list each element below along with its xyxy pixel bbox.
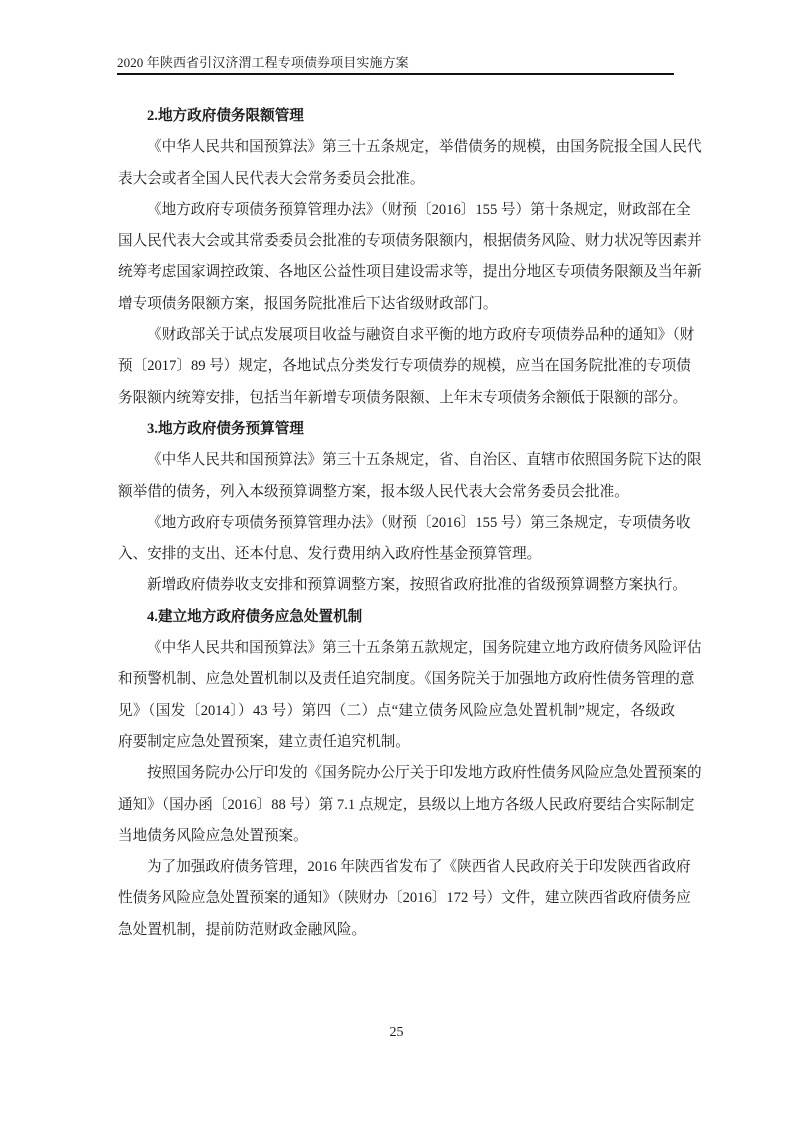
text-line: 府要制定应急处置预案，建立责任追究机制。 <box>118 727 675 758</box>
text-line: 《中华人民共和国预算法》第三十五条第五款规定，国务院建立地方政府债务风险评估 <box>118 633 675 664</box>
page-header: 2020 年陕西省引汉济渭工程专项债券项目实施方案 <box>117 54 674 75</box>
document-body: 2.地方政府债务限额管理 《中华人民共和国预算法》第三十五条规定，举借债务的规模… <box>118 101 675 946</box>
paragraph: 为了加强政府债务管理，2016 年陕西省发布了《陕西省人民政府关于印发陕西省政府… <box>118 852 675 946</box>
text-line: 按照国务院办公厅印发的《国务院办公厅关于印发地方政府性债务风险应急处置预案的 <box>118 758 675 789</box>
text-line: 当地债务风险应急处置预案。 <box>118 821 675 852</box>
page-number: 25 <box>0 1025 793 1041</box>
text-line: 统筹考虑国家调控政策、各地区公益性项目建设需求等，提出分地区专项债务限额及当年新 <box>118 257 675 288</box>
paragraph: 《财政部关于试点发展项目收益与融资自求平衡的地方政府专项债券品种的通知》（财 预… <box>118 320 675 414</box>
text-line: 入、安排的支出、还本付息、发行费用纳入政府性基金预算管理。 <box>118 539 675 570</box>
document-title: 2020 年陕西省引汉济渭工程专项债券项目实施方案 <box>117 54 674 71</box>
text-line: 表大会或者全国人民代表大会常务委员会批准。 <box>118 164 675 195</box>
paragraph: 《中华人民共和国预算法》第三十五条规定，省、自治区、直辖市依照国务院下达的限 额… <box>118 445 675 508</box>
text-line: 为了加强政府债务管理，2016 年陕西省发布了《陕西省人民政府关于印发陕西省政府 <box>118 852 675 883</box>
paragraph: 新增政府债券收支安排和预算调整方案，按照省政府批准的省级预算调整方案执行。 <box>118 570 675 601</box>
text-line: 《中华人民共和国预算法》第三十五条规定，省、自治区、直辖市依照国务院下达的限 <box>118 445 675 476</box>
section-heading-4: 4.建立地方政府债务应急处置机制 <box>118 602 675 633</box>
text-line: 通知》（国办函〔2016〕88 号）第 7.1 点规定，县级以上地方各级人民政府… <box>118 790 675 821</box>
text-line: 《财政部关于试点发展项目收益与融资自求平衡的地方政府专项债券品种的通知》（财 <box>118 320 675 351</box>
text-line: 性债务风险应急处置预案的通知》（陕财办〔2016〕172 号）文件，建立陕西省政… <box>118 883 675 914</box>
text-line: 急处置机制，提前防范财政金融风险。 <box>118 915 675 946</box>
paragraph: 《中华人民共和国预算法》第三十五条规定，举借债务的规模，由国务院报全国人民代 表… <box>118 132 675 195</box>
text-line: 额举借的债务，列入本级预算调整方案，报本级人民代表大会常务委员会批准。 <box>118 477 675 508</box>
header-divider <box>117 73 674 75</box>
paragraph: 按照国务院办公厅印发的《国务院办公厅关于印发地方政府性债务风险应急处置预案的 通… <box>118 758 675 852</box>
text-line: 和预警机制、应急处置机制以及责任追究制度。《国务院关于加强地方政府性债务管理的意 <box>118 664 675 695</box>
text-line: 预〔2017〕89 号）规定，各地试点分类发行专项债券的规模，应当在国务院批准的… <box>118 351 675 382</box>
text-line: 《地方政府专项债务预算管理办法》（财预〔2016〕155 号）第三条规定，专项债… <box>118 508 675 539</box>
text-line: 《地方政府专项债务预算管理办法》（财预〔2016〕155 号）第十条规定，财政部… <box>118 195 675 226</box>
text-line: 国人民代表大会或其常委委员会批准的专项债务限额内，根据债务风险、财力状况等因素并 <box>118 226 675 257</box>
text-line: 增专项债务限额方案，报国务院批准后下达省级财政部门。 <box>118 289 675 320</box>
text-line: 《中华人民共和国预算法》第三十五条规定，举借债务的规模，由国务院报全国人民代 <box>118 132 675 163</box>
section-heading-3: 3.地方政府债务预算管理 <box>118 414 675 445</box>
paragraph: 《地方政府专项债务预算管理办法》（财预〔2016〕155 号）第三条规定，专项债… <box>118 508 675 571</box>
text-line: 新增政府债券收支安排和预算调整方案，按照省政府批准的省级预算调整方案执行。 <box>118 570 675 601</box>
paragraph: 《中华人民共和国预算法》第三十五条第五款规定，国务院建立地方政府债务风险评估 和… <box>118 633 675 758</box>
section-heading-2: 2.地方政府债务限额管理 <box>118 101 675 132</box>
paragraph: 《地方政府专项债务预算管理办法》（财预〔2016〕155 号）第十条规定，财政部… <box>118 195 675 320</box>
text-line: 见》（国发〔2014〕）43 号）第四（二）点“建立债务风险应急处置机制”规定，… <box>118 696 675 727</box>
text-line: 务限额内统筹安排，包括当年新增专项债务限额、上年末专项债务余额低于限额的部分。 <box>118 383 675 414</box>
